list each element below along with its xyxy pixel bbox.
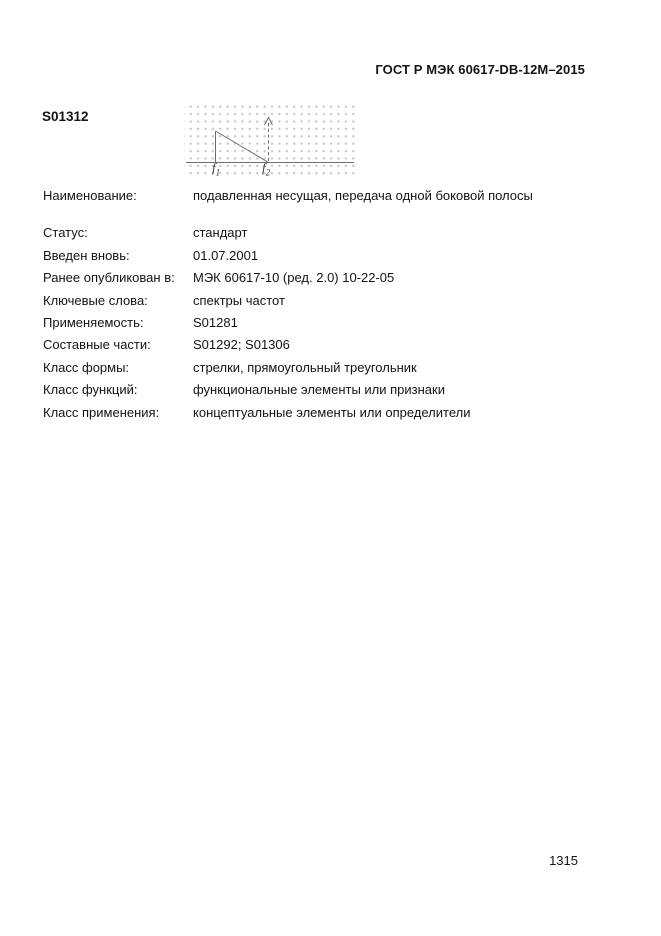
field-value: спектры частот xyxy=(193,290,603,312)
field-row: Ключевые слова: спектры частот xyxy=(43,290,603,312)
field-value: стандарт xyxy=(193,222,603,244)
field-row: Класс функций: функциональные элементы и… xyxy=(43,379,603,401)
field-value: функциональные элементы или признаки xyxy=(193,379,603,401)
field-label: Наименование: xyxy=(43,185,193,207)
symbol-diagram: f1 f2 xyxy=(184,101,356,177)
diagram-triangle-hypotenuse xyxy=(216,131,269,163)
field-label: Введен вновь: xyxy=(43,245,193,267)
diagram-label-f1: f1 xyxy=(212,161,220,178)
field-row: Применяемость: S01281 xyxy=(43,312,603,334)
attributes-table: Наименование: подавленная несущая, перед… xyxy=(43,185,603,424)
field-value: S01281 xyxy=(193,312,603,334)
field-label: Ключевые слова: xyxy=(43,290,193,312)
field-value: концептуальные элементы или определители xyxy=(193,402,603,424)
field-label: Класс функций: xyxy=(43,379,193,401)
page-number: 1315 xyxy=(549,853,578,868)
field-label: Класс формы: xyxy=(43,357,193,379)
field-label: Статус: xyxy=(43,222,193,244)
field-value: стрелки, прямоугольный треугольник xyxy=(193,357,603,379)
field-row: Составные части: S01292; S01306 xyxy=(43,334,603,356)
field-label: Класс применения: xyxy=(43,402,193,424)
document-code-header: ГОСТ Р МЭК 60617-DB-12M–2015 xyxy=(375,62,585,77)
field-row: Ранее опубликован в: МЭК 60617-10 (ред. … xyxy=(43,267,603,289)
symbol-id: S01312 xyxy=(42,109,89,124)
field-row: Класс формы: стрелки, прямоугольный треу… xyxy=(43,357,603,379)
field-row: Введен вновь: 01.07.2001 xyxy=(43,245,603,267)
document-page: ГОСТ Р МЭК 60617-DB-12M–2015 S01312 f1 f… xyxy=(0,0,661,936)
field-value: 01.07.2001 xyxy=(193,245,603,267)
field-value: S01292; S01306 xyxy=(193,334,603,356)
diagram-label-f2: f2 xyxy=(262,161,270,178)
field-label: Применяемость: xyxy=(43,312,193,334)
field-row: Наименование: подавленная несущая, перед… xyxy=(43,185,603,207)
field-row: Статус: стандарт xyxy=(43,222,603,244)
field-label: Ранее опубликован в: xyxy=(43,267,193,289)
field-label: Составные части: xyxy=(43,334,193,356)
field-row: Класс применения: концептуальные элемент… xyxy=(43,402,603,424)
field-value: подавленная несущая, передача одной боко… xyxy=(193,185,603,207)
field-value: МЭК 60617-10 (ред. 2.0) 10-22-05 xyxy=(193,267,603,289)
